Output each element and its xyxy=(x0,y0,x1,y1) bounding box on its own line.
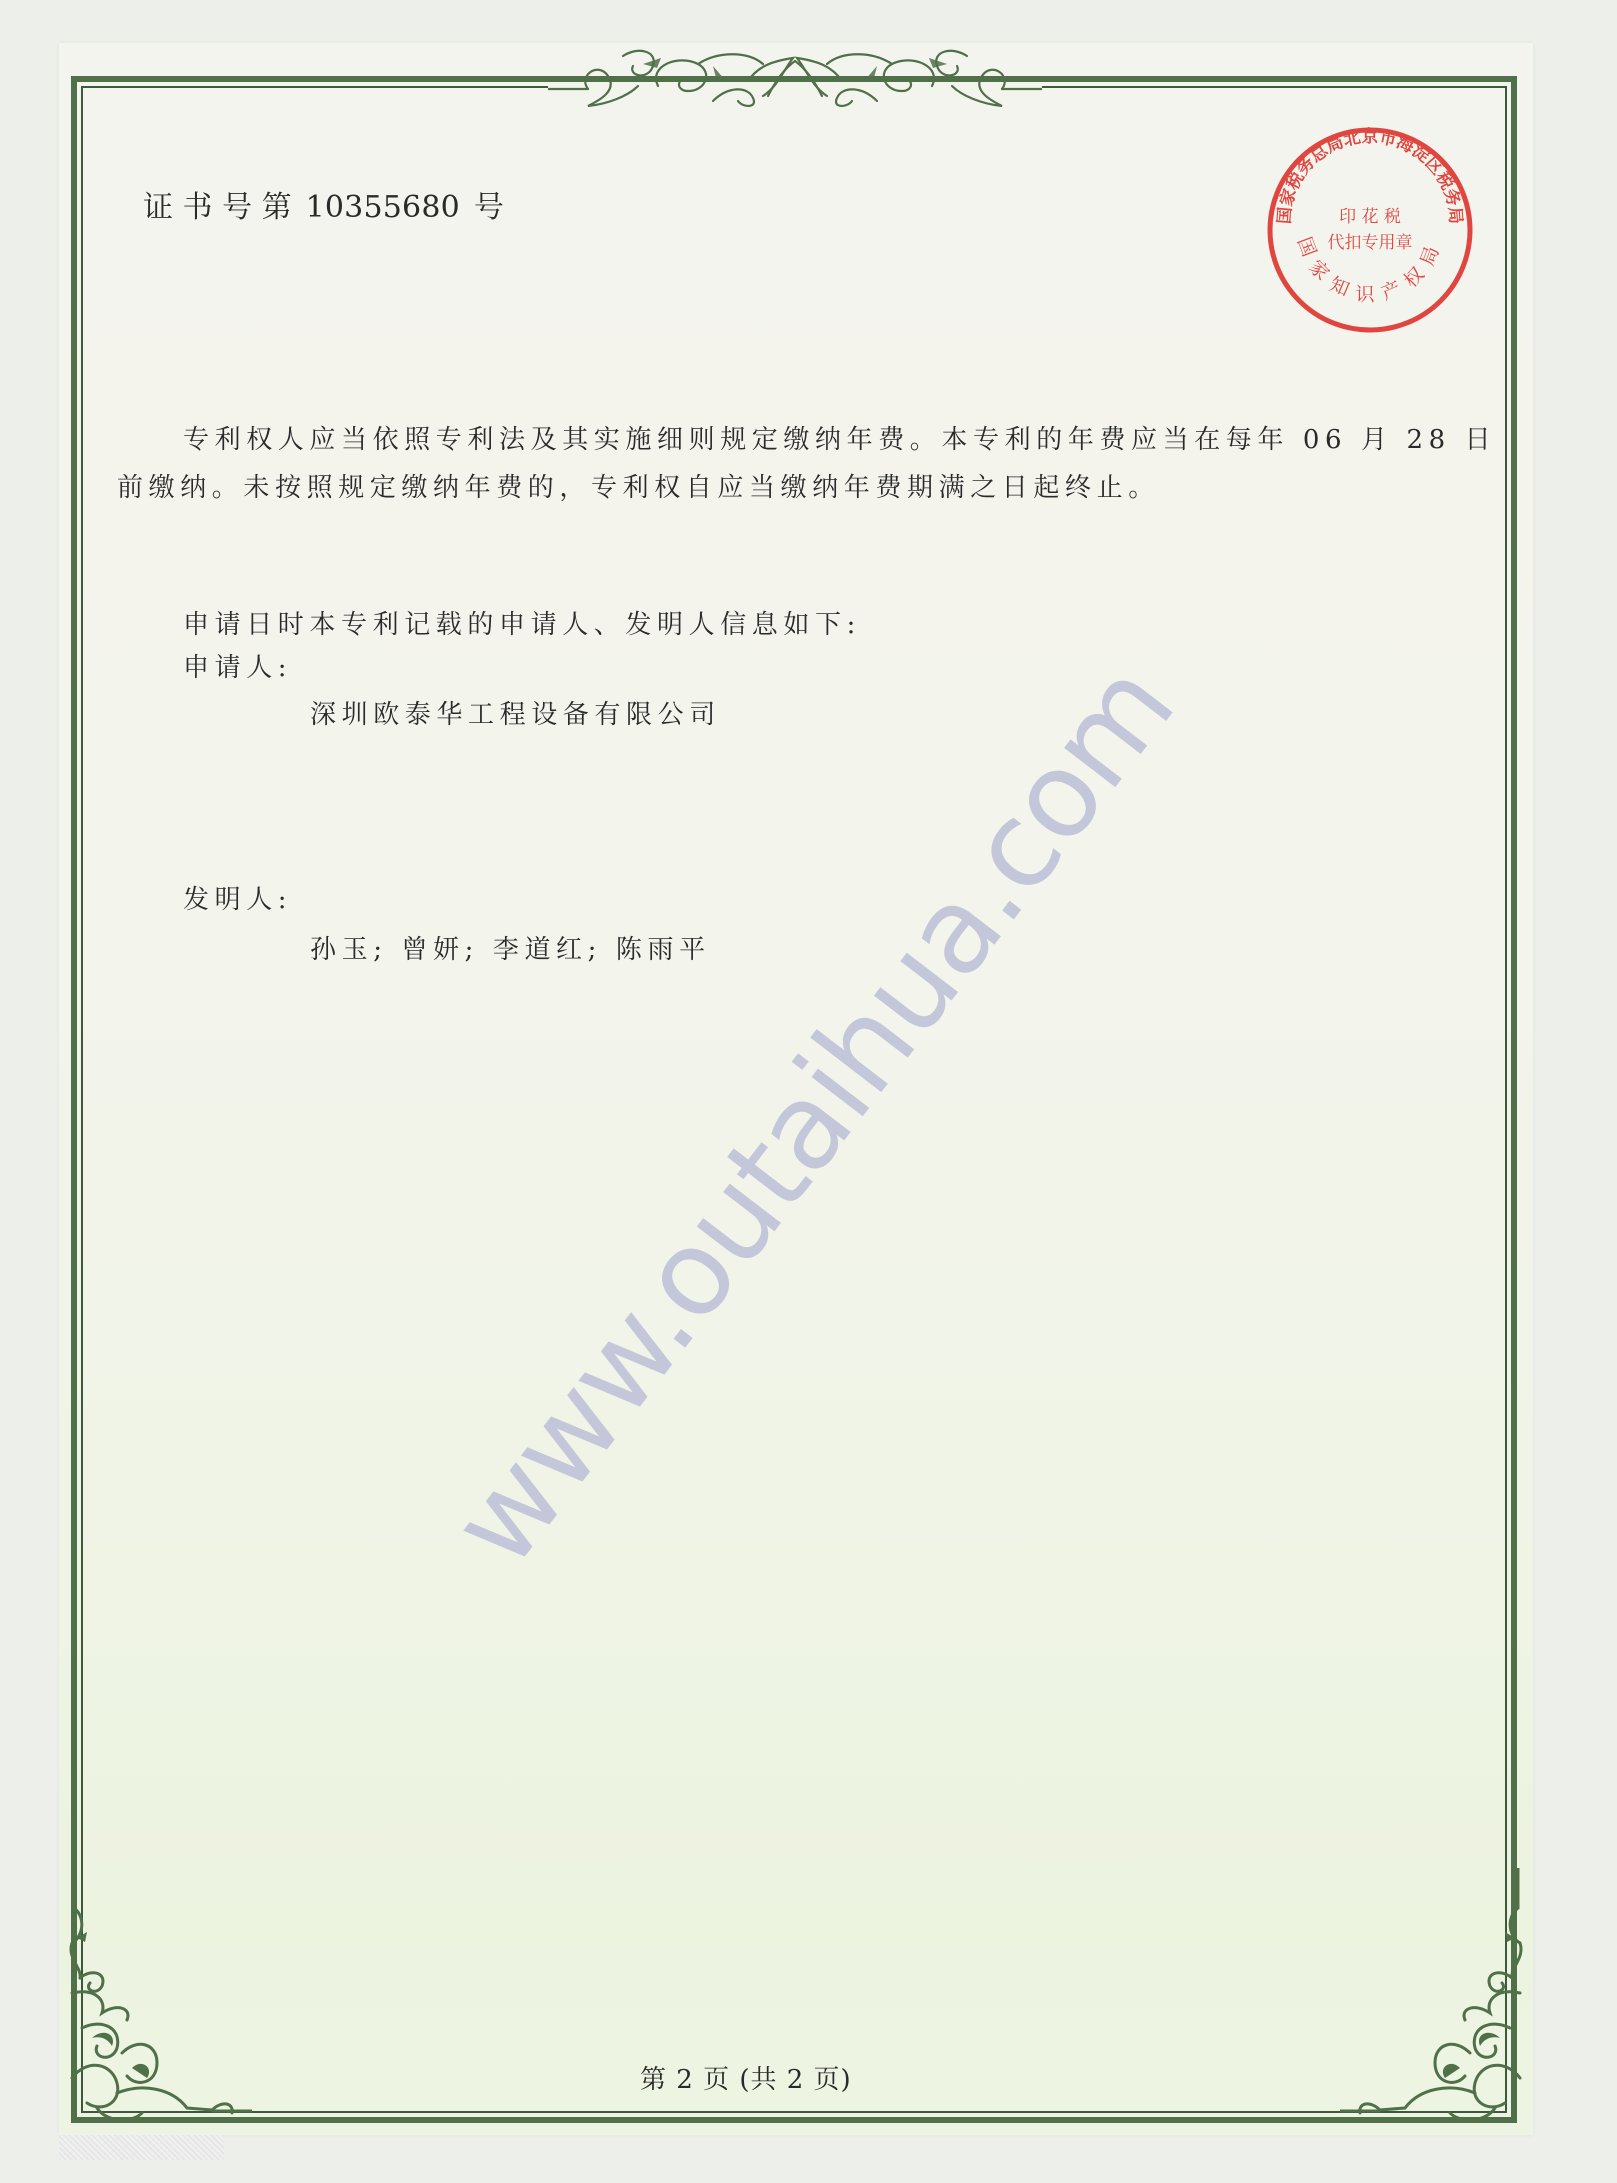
stamp-center-line1: 印 花 税 xyxy=(1339,207,1401,227)
applicant-name: 深圳欧泰华工程设备有限公司 xyxy=(310,702,721,728)
inventor-label: 发明人: xyxy=(183,887,292,913)
scan-artifact-strip xyxy=(59,2135,224,2160)
stamp-center-line2: 代扣专用章 xyxy=(1328,232,1413,253)
top-scroll-ornament-icon xyxy=(548,46,1042,112)
corner-scroll-ornament-icon xyxy=(1340,1868,1530,2128)
parties-intro: 申请日时本专利记载的申请人、发明人信息如下: xyxy=(183,612,861,638)
certificate-number: 10355680 xyxy=(306,190,460,225)
tax-stamp-seal: 国家税务总局北京市海淀区税务局 印 花 税 代扣专用章 国家知识产权局 xyxy=(1262,122,1478,338)
certificate-number-suffix: 号 xyxy=(474,190,504,225)
applicant-label: 申请人: xyxy=(183,655,292,681)
fee-notice-line-2: 前缴纳。未按照规定缴纳年费的，专利权自应当缴纳年费期满之日起终止。 xyxy=(117,475,1160,501)
certificate-number-prefix: 证 书 号 第 xyxy=(143,190,292,225)
fee-notice-line-1: 专利权人应当依照专利法及其实施细则规定缴纳年费。本专利的年费应当在每年 06 月… xyxy=(183,427,1496,453)
corner-scroll-ornament-icon xyxy=(62,1868,252,2128)
page-indicator: 第 2 页 (共 2 页) xyxy=(640,2067,852,2093)
certificate-number-line: 证 书 号 第10355680号 xyxy=(143,193,504,223)
inventor-names: 孙玉; 曾妍; 李道红; 陈雨平 xyxy=(310,937,711,963)
